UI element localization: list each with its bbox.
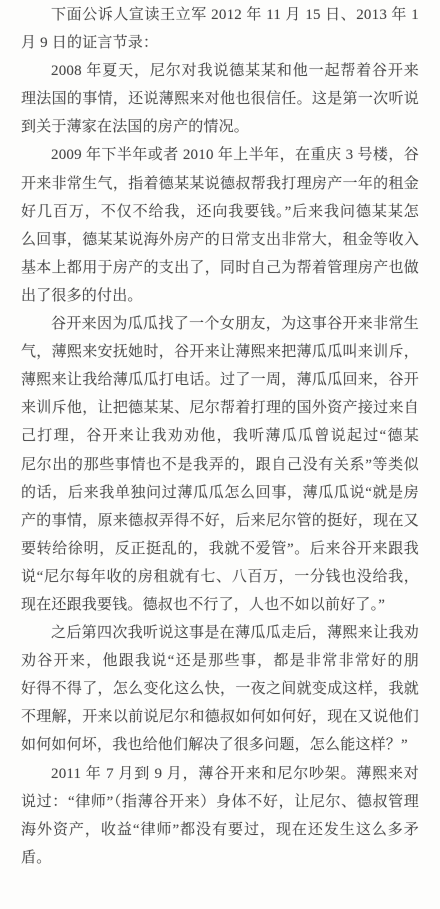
paragraph: 下面公诉人宣读王立军 2012 年 11 月 15 日、2013 年 1月 9 … <box>21 1 419 57</box>
text-line: 海外资产，收益“律师”都没有要过，现在还发生这么多矛 <box>21 816 419 844</box>
paragraph: 2008 年夏天，尼尔对我说德某某和他一起帮着谷开来打理法国的事情，还说薄熙来对… <box>21 57 419 141</box>
text-line: 说过：“律师”（指薄谷开来）身体不好，让尼尔、德叔管理 <box>21 788 419 816</box>
text-line: 月 9 日的证言节录： <box>21 29 419 57</box>
text-line: 下面公诉人宣读王立军 2012 年 11 月 15 日、2013 年 1 <box>21 1 419 29</box>
paragraph: 谷开来因为瓜瓜找了一个女朋友，为这事谷开来非常生气，薄熙来安抚她时，谷开来让薄熙… <box>21 310 419 619</box>
text-line: 劝谷开来，他跟我说“还是那些事，都是非常非常好的朋友， <box>21 647 419 675</box>
text-line: 己打理，谷开来让我劝劝他，我听薄瓜瓜曾说起过“德某某、 <box>21 422 419 450</box>
text-line: 2008 年夏天，尼尔对我说德某某和他一起帮着谷开来打 <box>21 57 419 85</box>
text-line: 到关于薄家在法国的房产的情况。 <box>21 113 419 141</box>
text-line: 理法国的事情，还说薄熙来对他也很信任。这是第一次听说 <box>21 85 419 113</box>
text-line: 薄熙来让我给薄瓜瓜打电话。过了一周，薄瓜瓜回来，谷开 <box>21 366 419 394</box>
document-page: 下面公诉人宣读王立军 2012 年 11 月 15 日、2013 年 1月 9 … <box>0 0 440 909</box>
paragraph: 2011 年 7 月到 9 月，薄谷开来和尼尔吵架。薄熙来对我说过：“律师”（指… <box>21 760 419 872</box>
text-line: 2011 年 7 月到 9 月，薄谷开来和尼尔吵架。薄熙来对我 <box>21 760 419 788</box>
text-line: 来训斥他，让把德某某、尼尔帮着打理的国外资产接过来自 <box>21 394 419 422</box>
testimony-text: 下面公诉人宣读王立军 2012 年 11 月 15 日、2013 年 1月 9 … <box>21 1 419 872</box>
text-line: 尼尔出的那些事情也不是我弄的，跟自己没有关系”等类似 <box>21 451 419 479</box>
text-line: 开来非常生气，指着德某某说德叔帮我打理房产一年的租金 <box>21 170 419 198</box>
text-line: 如何如何坏，我也给他们解决了很多问题，怎么能这样？” <box>21 731 419 759</box>
text-line: 出了很多的付出。 <box>21 282 419 310</box>
paragraph: 之后第四次我听说这事是在薄瓜瓜走后，薄熙来让我劝劝谷开来，他跟我说“还是那些事，… <box>21 619 419 759</box>
paragraph: 2009 年下半年或者 2010 年上半年，在重庆 3 号楼，谷开来非常生气，指… <box>21 141 419 310</box>
text-line: 么回事，德某某说海外房产的日常支出非常大，租金等收入 <box>21 226 419 254</box>
text-line: 之后第四次我听说这事是在薄瓜瓜走后，薄熙来让我劝 <box>21 619 419 647</box>
text-line: 的话，后来我单独问过薄瓜瓜怎么回事，薄瓜瓜说“就是房 <box>21 479 419 507</box>
text-line: 现在还跟我要钱。德叔也不行了，人也不如以前好了。” <box>21 591 419 619</box>
text-line: 气，薄熙来安抚她时，谷开来让薄熙来把薄瓜瓜叫来训斥， <box>21 338 419 366</box>
text-line: 2009 年下半年或者 2010 年上半年，在重庆 3 号楼，谷 <box>21 141 419 169</box>
text-line: 好得不得了，怎么变化这么快，一夜之间就变成这样，我就 <box>21 675 419 703</box>
text-line: 基本上都用于房产的支出了，同时自己为帮着管理房产也做 <box>21 254 419 282</box>
text-line: 要转给徐明，反正挺乱的，我就不爱管”。后来谷开来跟我 <box>21 535 419 563</box>
text-line: 说“尼尔每年收的房租就有七、八百万，一分钱也没给我， <box>21 563 419 591</box>
text-line: 谷开来因为瓜瓜找了一个女朋友，为这事谷开来非常生 <box>21 310 419 338</box>
text-line: 盾。 <box>21 844 419 872</box>
text-line: 产的事情，原来德叔弄得不好，后来尼尔管的挺好，现在又 <box>21 507 419 535</box>
text-line: 好几百万，不仅不给我，还向我要钱。”后来我问德某某怎 <box>21 198 419 226</box>
text-line: 不理解，开来以前说尼尔和德叔如何如何好，现在又说他们 <box>21 703 419 731</box>
